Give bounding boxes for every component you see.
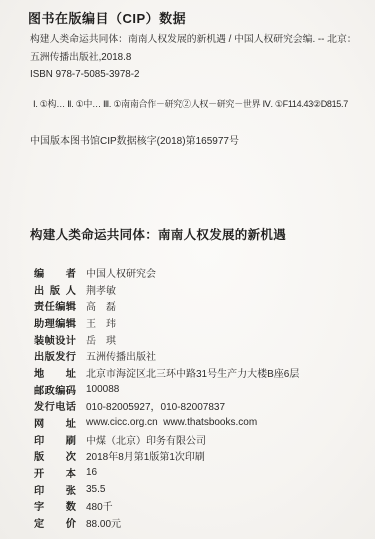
colophon-value: 高 磊 xyxy=(86,298,116,313)
colophon-row: 开本 16 xyxy=(34,464,369,481)
colophon-row: 助理编辑 王 玮 xyxy=(34,314,369,331)
colophon-row: 出版发行 五洲传播出版社 xyxy=(34,347,369,364)
colophon-row: 编者 中国人权研究会 xyxy=(34,264,369,281)
colophon-label: 出版发行 xyxy=(34,348,76,363)
colophon-row: 网址 www.cicc.org.cn www.thatsbooks.com xyxy=(34,414,369,431)
book-title: 构建人类命运共同体：南南人权发展的新机遇 xyxy=(30,225,286,243)
colophon-label: 出版人 xyxy=(34,282,76,297)
cip-description-line: 五洲传播出版社,2018.8 xyxy=(30,49,367,67)
colophon-label: 装帧设计 xyxy=(34,332,76,347)
colophon-label: 邮政编码 xyxy=(34,382,76,397)
colophon-label: 编者 xyxy=(34,265,76,280)
colophon-value: 480千 xyxy=(86,498,113,513)
cip-record-number: 中国版本图书馆CIP数据核字(2018)第165977号 xyxy=(30,132,239,147)
colophon-value: 2018年8月第1版第1次印刷 xyxy=(86,448,205,463)
colophon-row: 发行电话 010-82005927，010-82007837 xyxy=(34,398,369,415)
colophon-value: 王 玮 xyxy=(86,315,116,330)
colophon-value: 010-82005927，010-82007837 xyxy=(86,398,225,413)
colophon-label: 发行电话 xyxy=(34,398,76,413)
cip-header-title: 图书在版编目（CIP）数据 xyxy=(28,8,186,27)
cip-classification-line: Ⅰ. ①构… Ⅱ. ①中… Ⅲ. ①南南合作－研究②人权－研究－世界 Ⅳ. ①F… xyxy=(33,97,348,110)
colophon-value: 荆孝敏 xyxy=(86,282,116,297)
colophon-row: 印刷 中煤（北京）印务有限公司 xyxy=(34,431,369,448)
colophon-value: 中煤（北京）印务有限公司 xyxy=(86,432,206,447)
colophon-label: 开本 xyxy=(34,465,76,480)
colophon-row: 责任编辑 高 磊 xyxy=(34,297,369,314)
colophon-value: 岳 琪 xyxy=(86,332,116,347)
colophon-row: 字数 480千 xyxy=(34,498,369,515)
colophon-label: 印张 xyxy=(34,482,76,497)
colophon-value: www.cicc.org.cn www.thatsbooks.com xyxy=(86,417,257,428)
colophon-value: 35.5 xyxy=(86,484,105,495)
colophon-value: 中国人权研究会 xyxy=(86,265,156,280)
colophon-label: 字数 xyxy=(34,498,76,513)
colophon-row: 印张 35.5 xyxy=(34,481,369,498)
colophon-row: 定价 88.00元 xyxy=(34,514,369,531)
colophon-label: 定价 xyxy=(34,515,76,530)
colophon-value: 88.00元 xyxy=(86,515,121,530)
colophon-label: 网址 xyxy=(34,415,76,430)
cip-description-block: 构建人类命运共同体：南南人权发展的新机遇 / 中国人权研究会编. -- 北京： … xyxy=(30,31,367,84)
colophon-list: 编者 中国人权研究会 出版人 荆孝敏 责任编辑 高 磊 助理编辑 王 玮 装帧设… xyxy=(34,264,369,531)
colophon-row: 版次 2018年8月第1版第1次印刷 xyxy=(34,448,369,465)
book-copyright-page: 图书在版编目（CIP）数据 构建人类命运共同体：南南人权发展的新机遇 / 中国人… xyxy=(0,0,375,539)
cip-isbn-line: ISBN 978-7-5085-3978-2 xyxy=(30,66,367,84)
colophon-row: 邮政编码 100088 xyxy=(34,381,369,398)
colophon-label: 印刷 xyxy=(34,432,76,447)
colophon-value: 16 xyxy=(86,467,97,478)
colophon-label: 版次 xyxy=(34,448,76,463)
colophon-value: 五洲传播出版社 xyxy=(86,348,156,363)
colophon-value: 100088 xyxy=(86,384,119,395)
colophon-label: 责任编辑 xyxy=(34,298,76,313)
cip-description-line: 构建人类命运共同体：南南人权发展的新机遇 / 中国人权研究会编. -- 北京： xyxy=(30,31,367,49)
colophon-row: 装帧设计 岳 琪 xyxy=(34,331,369,348)
colophon-value: 北京市海淀区北三环中路31号生产力大楼B座6层 xyxy=(86,365,299,380)
colophon-row: 出版人 荆孝敏 xyxy=(34,281,369,298)
colophon-label: 助理编辑 xyxy=(34,315,76,330)
colophon-label: 地址 xyxy=(34,365,76,380)
colophon-row: 地址 北京市海淀区北三环中路31号生产力大楼B座6层 xyxy=(34,364,369,381)
